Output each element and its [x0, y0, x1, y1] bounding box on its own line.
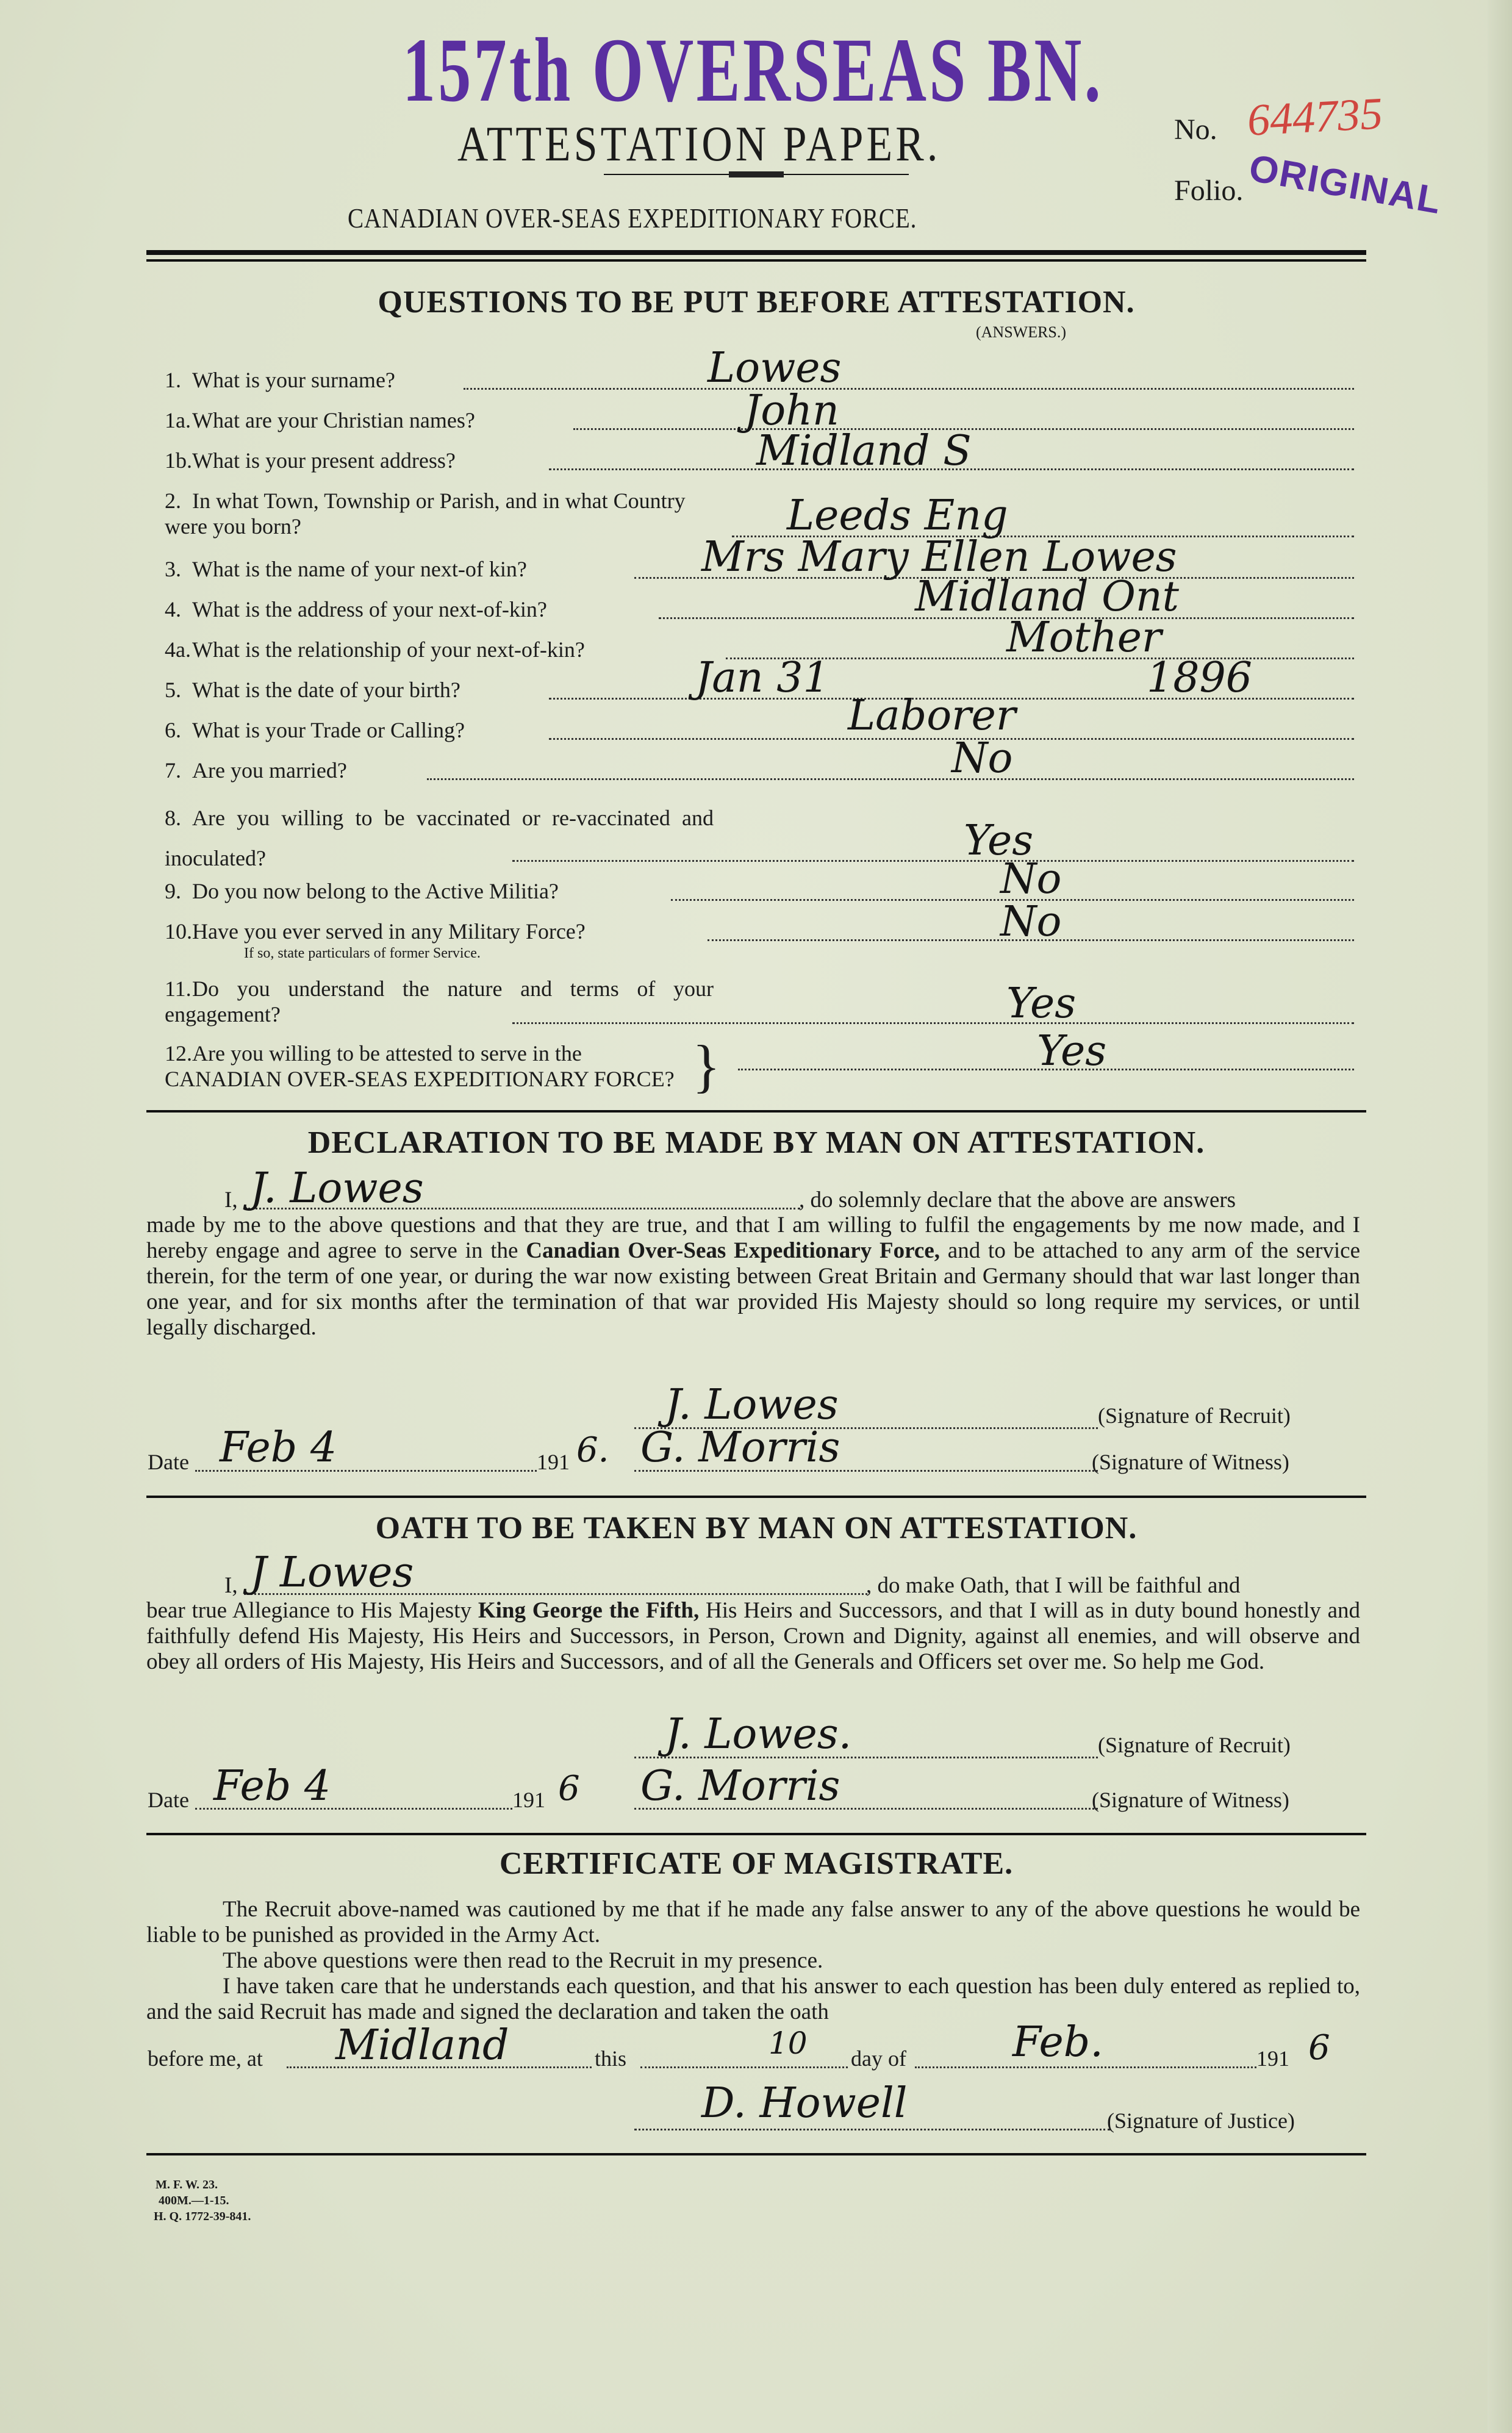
answer-relationship: Mother	[1006, 617, 1161, 659]
magistrate-year-suffix: 6	[1308, 2031, 1330, 2065]
oath-date: Feb 4	[213, 1766, 331, 1807]
answer-line-8	[512, 860, 1354, 862]
declaration-recruit-signature-label: (Signature of Recruit)	[1098, 1403, 1291, 1428]
declaration-witness-signature-label: (Signature of Witness)	[1092, 1449, 1289, 1475]
form-code: M. F. W. 23.	[156, 2177, 218, 2192]
answer-christian-names: John	[744, 390, 839, 432]
declaration-divider	[146, 1496, 1366, 1498]
header-divider-thin	[146, 259, 1366, 262]
question-11: 11.Do you understand the nature and term…	[165, 976, 714, 1027]
answer-understand-terms: Yes	[1006, 983, 1076, 1025]
answer-trade: Laborer	[848, 695, 1016, 737]
magistrate-para-1: The Recruit above-named was cautioned by…	[146, 1897, 1360, 1948]
oath-heading: OATH TO BE TAKEN BY MAN ON ATTESTATION.	[146, 1513, 1366, 1544]
oath-prefix: I,	[224, 1572, 238, 1599]
answer-birth-year: 1896	[1147, 658, 1252, 699]
answer-next-of-kin-address: Midland Ont	[915, 576, 1179, 618]
answer-line-1	[464, 388, 1354, 390]
regimental-number: 644735	[1246, 88, 1384, 147]
questions-heading: QUESTIONS TO BE PUT BEFORE ATTESTATION.	[146, 287, 1366, 318]
before-me-label: before me, at	[148, 2046, 263, 2071]
answer-married: No	[951, 738, 1012, 779]
magistrate-para-3: I have taken care that he understands ea…	[146, 1974, 1360, 2025]
question-10-note: If so, state particulars of former Servi…	[244, 945, 481, 962]
oath-witness-signature: G. Morris	[640, 1766, 840, 1807]
day-line	[640, 2066, 848, 2068]
answer-surname: Lowes	[708, 348, 841, 389]
oath-name: J Lowes	[250, 1552, 414, 1594]
answer-birth-date: Jan 31	[695, 658, 829, 699]
oath-year-prefix: 191	[512, 1787, 545, 1813]
number-label: No.	[1174, 113, 1217, 146]
question-9: 9.Do you now belong to the Active Militi…	[165, 878, 732, 904]
answer-active-militia: No	[1000, 859, 1061, 900]
question-12: 12.Are you willing to be attested to ser…	[165, 1041, 689, 1092]
magistrate-year-prefix: 191	[1256, 2046, 1289, 2071]
declaration-prefix: I,	[224, 1187, 238, 1213]
declaration-body: made by me to the above questions and th…	[146, 1213, 1360, 1341]
answer-military-service: No	[1000, 901, 1061, 943]
declaration-year-prefix: 191	[537, 1449, 570, 1475]
oath-recruit-signature-label: (Signature of Recruit)	[1098, 1732, 1291, 1758]
answer-line-7	[427, 778, 1354, 780]
this-label: this	[595, 2046, 626, 2071]
oath-year-suffix: 6	[558, 1772, 580, 1806]
declaration-heading: DECLARATION TO BE MADE BY MAN ON ATTESTA…	[146, 1127, 1366, 1159]
answer-present-address: Midland S	[756, 431, 972, 472]
justice-signature-label: (Signature of Justice)	[1107, 2108, 1295, 2134]
document-title: ATTESTATION PAPER.	[457, 119, 941, 169]
answer-line-11	[512, 1022, 1354, 1024]
day-of-label: day of	[851, 2046, 906, 2071]
oath-witness-signature-label: (Signature of Witness)	[1092, 1787, 1289, 1813]
print-run: 400M.—1-15.	[159, 2193, 229, 2208]
magistrate-heading: CERTIFICATE OF MAGISTRATE.	[146, 1848, 1366, 1880]
question-2: 2.In what Town, Township or Parish, and …	[165, 488, 732, 539]
magistrate-divider	[146, 2153, 1366, 2155]
question-4: 4.What is the address of your next-of-ki…	[165, 597, 732, 622]
answer-willing-to-attest: Yes	[1037, 1031, 1106, 1072]
questions-divider	[146, 1110, 1366, 1113]
magistrate-para-2: The above questions were then read to th…	[146, 1948, 1360, 1974]
declaration-witness-signature: G. Morris	[640, 1427, 840, 1469]
declaration-recruit-signature: J. Lowes	[665, 1385, 839, 1426]
title-flourish	[604, 171, 909, 178]
paper-edge	[1488, 0, 1512, 2433]
folio-label: Folio.	[1174, 174, 1243, 207]
battalion-stamp: 157th OVERSEAS BN.	[403, 24, 1103, 116]
answer-birthplace: Leeds Eng	[787, 495, 1008, 537]
declaration-date-label: Date	[148, 1449, 189, 1475]
oath-date-label: Date	[148, 1787, 189, 1813]
justice-signature: D. Howell	[701, 2083, 908, 2124]
declaration-year-suffix: 6.	[576, 1433, 609, 1467]
question-4a: 4a.What is the relationship of your next…	[165, 637, 732, 662]
oath-recruit-signature: J. Lowes.	[665, 1714, 851, 1755]
oath-body: bear true Allegiance to His Majesty King…	[146, 1598, 1360, 1675]
answer-next-of-kin-name: Mrs Mary Ellen Lowes	[701, 537, 1177, 578]
justice-signature-line	[634, 2129, 1110, 2130]
header-divider	[146, 250, 1366, 255]
document-subtitle: CANADIAN OVER-SEAS EXPEDITIONARY FORCE.	[348, 204, 917, 232]
question-12-brace: }	[692, 1037, 720, 1095]
hq-reference: H. Q. 1772-39-841.	[154, 2209, 251, 2224]
declaration-text-line1: , do solemnly declare that the above are…	[799, 1187, 1360, 1213]
magistrate-month: Feb.	[1012, 2022, 1103, 2063]
magistrate-day: 10	[769, 2028, 808, 2059]
question-10: 10.Have you ever served in any Military …	[165, 919, 732, 944]
answers-label: (ANSWERS.)	[976, 323, 1066, 342]
oath-text-line1: , do make Oath, that I will be faithful …	[866, 1572, 1240, 1599]
question-8: 8.Are you willing to be vaccinated or re…	[165, 798, 714, 878]
declaration-name: J. Lowes	[250, 1168, 424, 1209]
month-line	[915, 2066, 1256, 2068]
oath-divider	[146, 1833, 1366, 1835]
declaration-date: Feb 4	[220, 1427, 337, 1469]
magistrate-place: Midland	[335, 2025, 509, 2066]
